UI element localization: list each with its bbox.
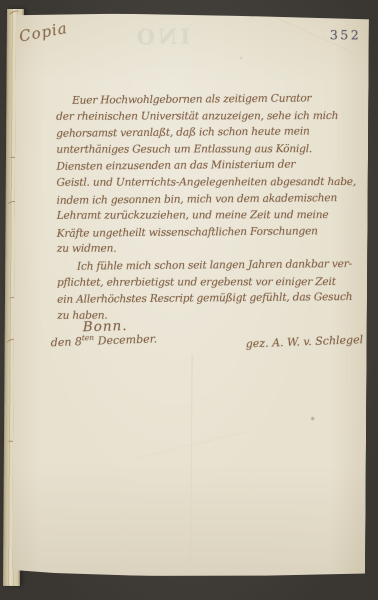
- ink-stain: [310, 416, 315, 421]
- body-line: zu widmen.: [57, 240, 361, 257]
- page-number-stamp: 352: [330, 27, 361, 42]
- body-line: Diensten einzusenden an das Ministerium …: [56, 156, 360, 176]
- body-line: pflichtet, ehrerbietigst und ergebenst v…: [57, 273, 361, 290]
- fold-crease: [135, 430, 252, 459]
- closing-date-month: December.: [94, 332, 157, 347]
- body-line: indem ich gesonnen bin, mich von dem aka…: [57, 189, 361, 209]
- photo-background: Copia 352 INO Euer Hochwohlgebornen als …: [0, 0, 378, 600]
- body-line: ein Allerhöchstes Rescript gemüßigt gefü…: [57, 289, 361, 309]
- signature: gez. A. W. v. Schlegel: [246, 333, 376, 351]
- ink-stain: [240, 57, 243, 60]
- closing-date-day: den 8: [51, 335, 83, 349]
- body-line: Lehramt zurückzuziehen, und meine Zeit u…: [57, 207, 361, 224]
- bleedthrough-stamp: INO: [119, 24, 205, 50]
- letter-body: Euer Hochwohlgebornen als zeitigem Curat…: [56, 91, 361, 325]
- body-line: Ich fühle mich schon seit langen Jahren …: [77, 256, 361, 275]
- closing-date-ordinal: ten: [82, 333, 95, 342]
- body-line: gehorsamst veranlaßt, daß ich schon heut…: [56, 123, 360, 143]
- body-line: der rheinischen Universität anzuzeigen, …: [56, 108, 360, 125]
- closing-date: den 8ten December.: [50, 331, 157, 350]
- body-line: Euer Hochwohlgebornen als zeitigem Curat…: [72, 90, 360, 109]
- copia-annotation: Copia: [18, 19, 69, 46]
- manuscript-page: Copia 352 INO Euer Hochwohlgebornen als …: [12, 13, 369, 577]
- body-line: Geistl. und Unterrichts-Angelegenheiten …: [56, 174, 360, 191]
- fold-crease: [190, 354, 193, 572]
